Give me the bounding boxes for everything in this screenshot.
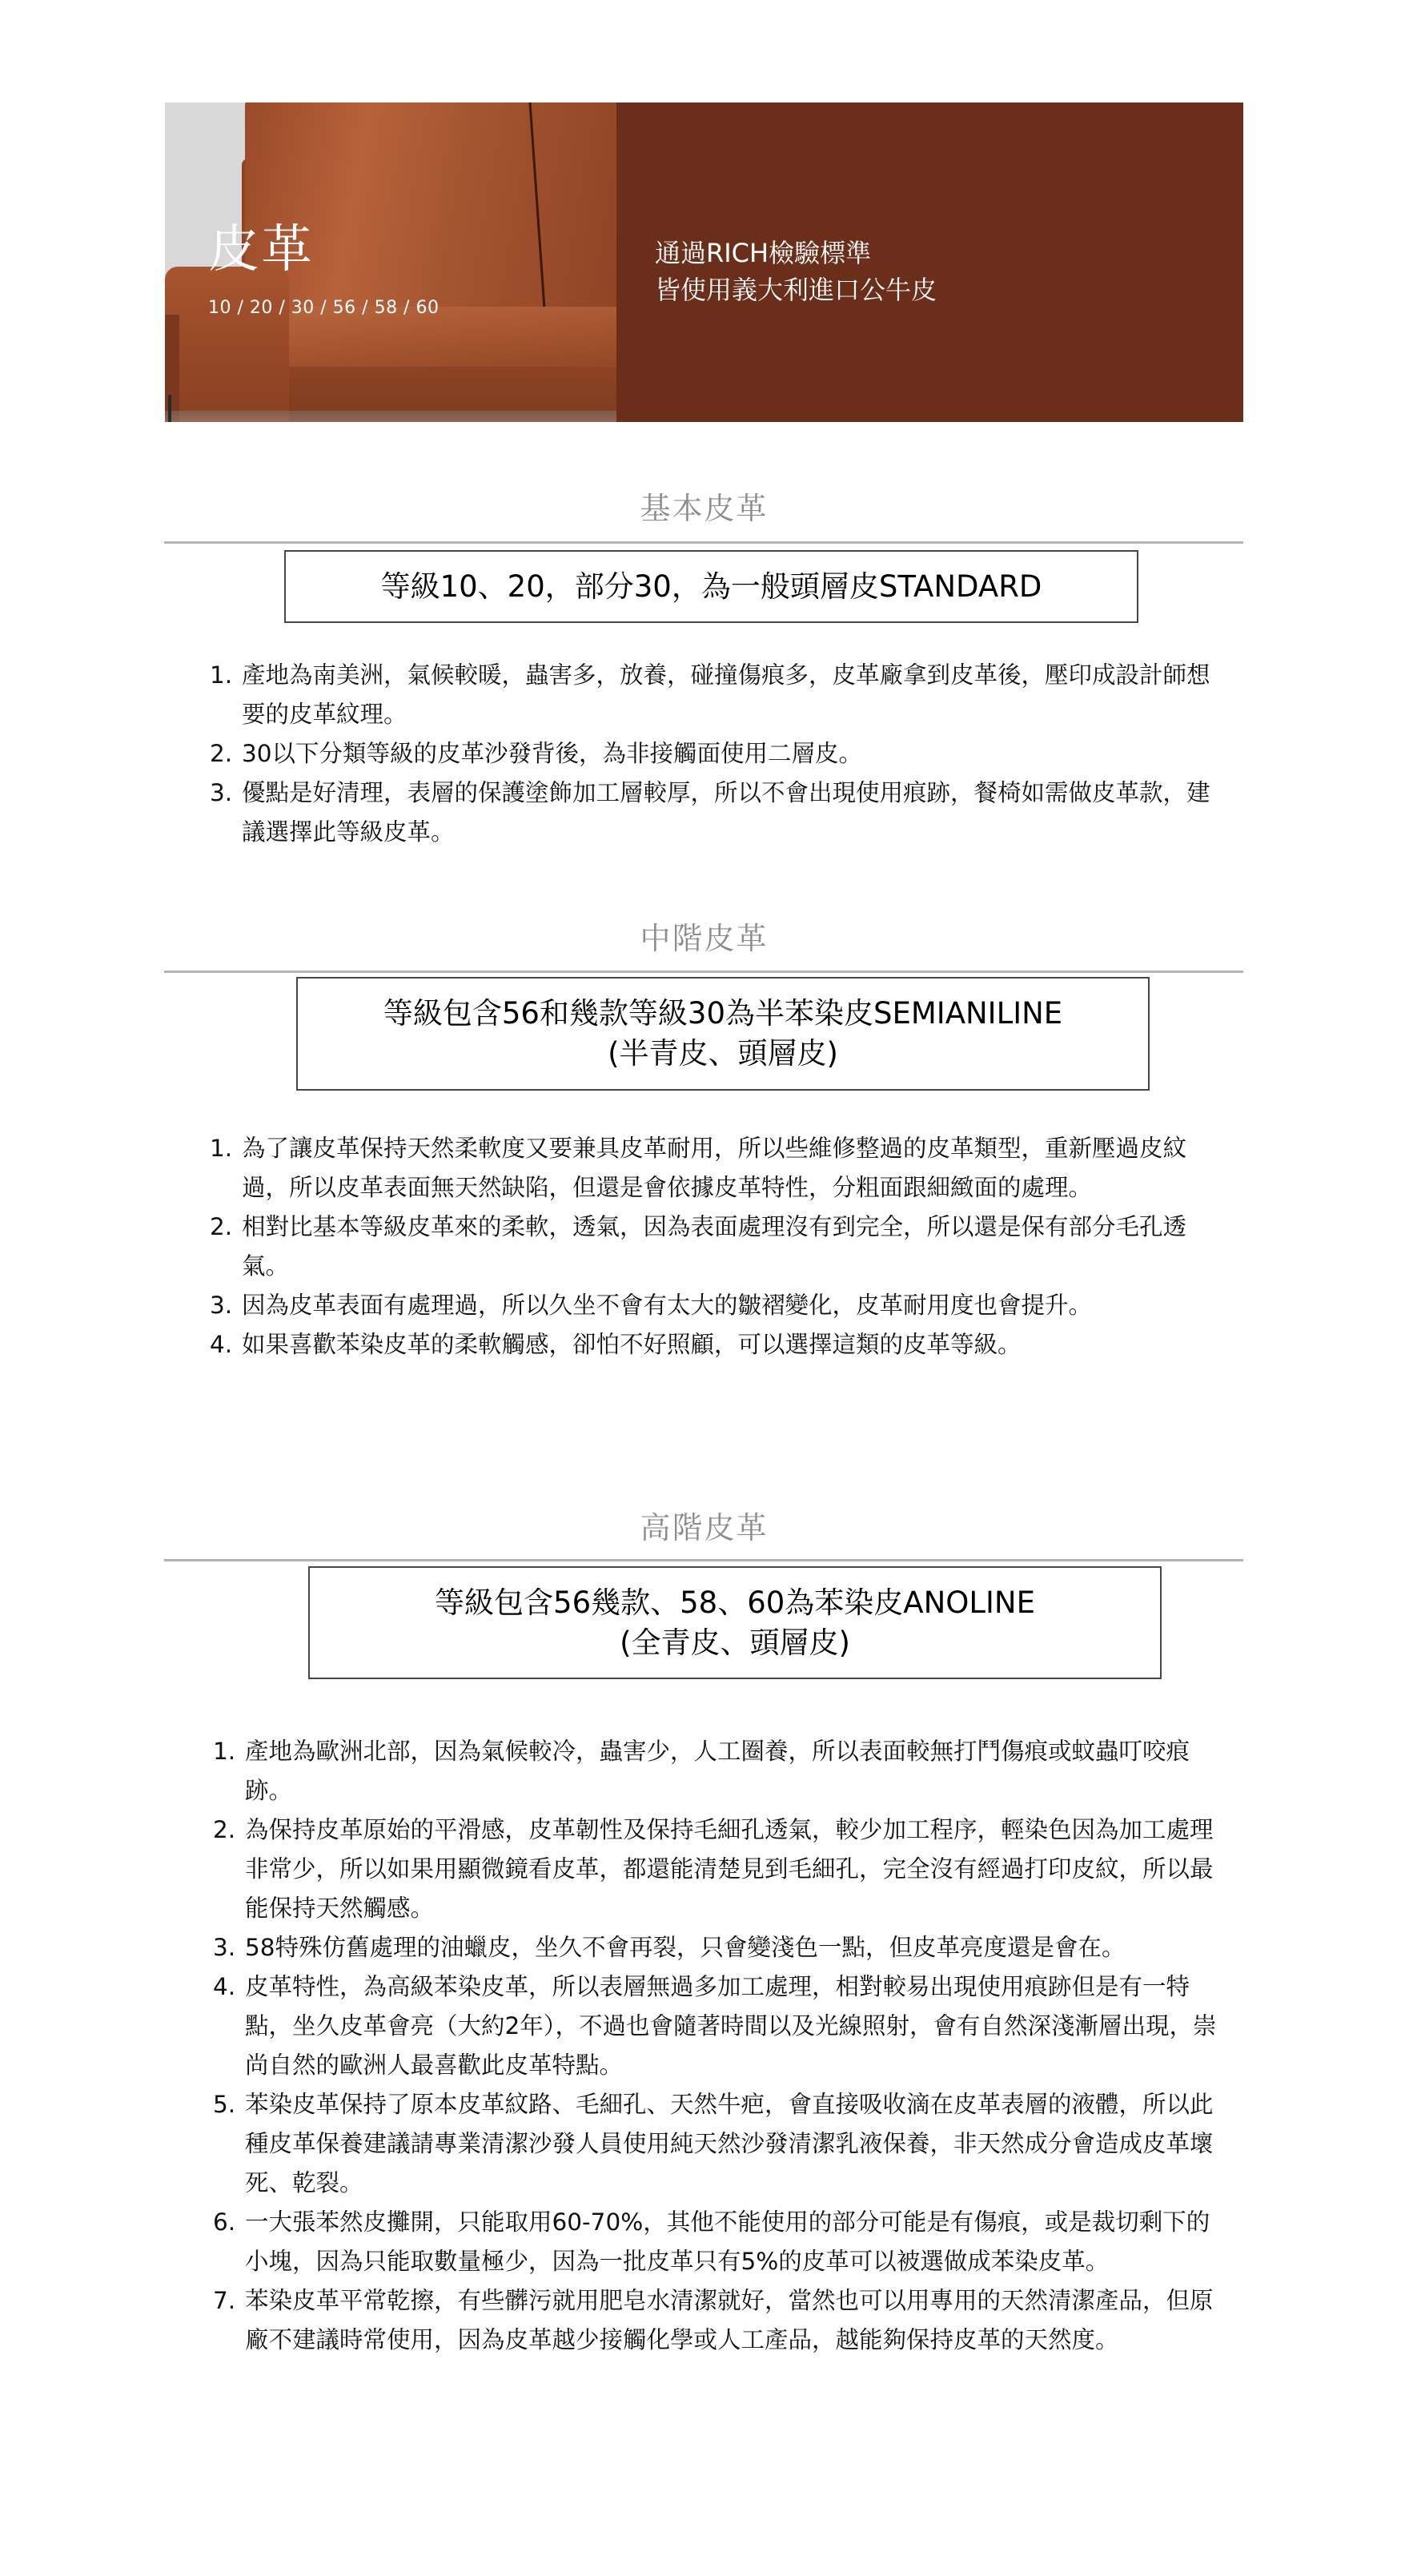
sofa-armrest xyxy=(165,267,289,422)
leather-banner: 皮革 10 / 20 / 30 / 56 / 58 / 60 通過RICH檢驗標… xyxy=(165,102,1243,422)
list-item: 7.苯染皮革平常乾擦，有些髒污就用肥皂水清潔就好，當然也可以用專用的天然清潔產品… xyxy=(213,2281,1218,2360)
list-item-number: 2. xyxy=(210,1208,242,1247)
list-item-number: 7. xyxy=(213,2281,245,2321)
banner-panel-line: 通過RICH檢驗標準 xyxy=(655,235,937,271)
list-item: 5.苯染皮革保持了原本皮革紋路、毛細孔、天然牛疤，會直接吸收滴在皮革表層的液體，… xyxy=(213,2085,1218,2203)
list-item-text: 苯染皮革保持了原本皮革紋路、毛細孔、天然牛疤，會直接吸收滴在皮革表層的液體，所以… xyxy=(245,2091,1214,2196)
list-item-number: 4. xyxy=(210,1325,242,1364)
section-divider xyxy=(164,541,1243,544)
grade-box-line: 等級包含56和幾款等級30為半苯染皮SEMIANILINE xyxy=(383,994,1062,1034)
list-item-text: 因為皮革表面有處理過，所以久坐不會有太大的皺褶變化，皮革耐用度也會提升。 xyxy=(242,1292,1092,1319)
grade-box-mid: 等級包含56和幾款等級30為半苯染皮SEMIANILINE (半青皮、頭層皮) xyxy=(296,977,1150,1091)
section-title-basic: 基本皮革 xyxy=(165,490,1243,527)
list-item: 3.優點是好清理，表層的保護塗飾加工層較厚，所以不會出現使用痕跡，餐椅如需做皮革… xyxy=(210,774,1218,852)
list-item-number: 1. xyxy=(210,1129,242,1168)
grade-box-basic: 等級10、20，部分30，為一般頭層皮STANDARD xyxy=(284,550,1138,623)
list-item: 2.為保持皮革原始的平滑感，皮革韌性及保持毛細孔透氣，較少加工程序，輕染色因為加… xyxy=(213,1810,1218,1928)
list-item-number: 2. xyxy=(210,734,242,774)
list-item: 2.相對比基本等級皮革來的柔軟，透氣，因為表面處理沒有到完全，所以還是保有部分毛… xyxy=(210,1208,1218,1286)
list-item: 6.一大張苯然皮攤開，只能取用60-70%，其他不能使用的部分可能是有傷痕，或是… xyxy=(213,2203,1218,2281)
mid-leather-list: 1.為了讓皮革保持天然柔軟度又要兼具皮革耐用，所以些維修整過的皮革類型，重新壓過… xyxy=(210,1129,1218,1364)
list-item-text: 優點是好清理，表層的保護塗飾加工層較厚，所以不會出現使用痕跡，餐椅如需做皮革款，… xyxy=(242,779,1210,846)
list-item-number: 1. xyxy=(210,656,242,695)
list-item-text: 皮革特性，為高級苯染皮革，所以表層無過多加工處理，相對較易出現使用痕跡但是有一特… xyxy=(245,1973,1217,2079)
section-divider xyxy=(164,1559,1243,1561)
section-title-premium: 高階皮革 xyxy=(165,1509,1243,1546)
list-item-number: 6. xyxy=(213,2203,245,2242)
list-item: 1.產地為南美洲，氣候較暖，蟲害多，放養，碰撞傷痕多，皮革廠拿到皮革後，壓印成設… xyxy=(210,656,1218,734)
list-item-number: 3. xyxy=(213,1928,245,1967)
list-item-text: 為了讓皮革保持天然柔軟度又要兼具皮革耐用，所以些維修整過的皮革類型，重新壓過皮紋… xyxy=(242,1135,1186,1201)
premium-leather-list: 1.產地為歐洲北部，因為氣候較冷，蟲害少，人工圈養，所以表面較無打鬥傷痕或蚊蟲叮… xyxy=(213,1732,1218,2360)
list-item: 2.30以下分類等級的皮革沙發背後，為非接觸面使用二層皮。 xyxy=(210,734,1218,774)
list-item-text: 一大張苯然皮攤開，只能取用60-70%，其他不能使用的部分可能是有傷痕，或是裁切… xyxy=(245,2208,1210,2275)
list-item-text: 產地為南美洲，氣候較暖，蟲害多，放養，碰撞傷痕多，皮革廠拿到皮革後，壓印成設計師… xyxy=(242,661,1210,728)
section-title-mid: 中階皮革 xyxy=(165,920,1243,957)
list-item-number: 3. xyxy=(210,1286,242,1325)
list-item-number: 5. xyxy=(213,2085,245,2124)
list-item: 1.產地為歐洲北部，因為氣候較冷，蟲害少，人工圈養，所以表面較無打鬥傷痕或蚊蟲叮… xyxy=(213,1732,1218,1810)
grade-box-line: 等級包含56幾款、58、60為苯染皮ANOLINE xyxy=(435,1583,1035,1623)
list-item: 4.如果喜歡苯染皮革的柔軟觸感，卻怕不好照顧，可以選擇這類的皮革等級。 xyxy=(210,1325,1218,1364)
list-item-text: 苯染皮革平常乾擦，有些髒污就用肥皂水清潔就好，當然也可以用專用的天然清潔產品，但… xyxy=(245,2287,1214,2353)
list-item-number: 4. xyxy=(213,1967,245,2007)
list-item-text: 58特殊仿舊處理的油蠟皮，坐久不會再裂，只會變淺色一點，但皮革亮度還是會在。 xyxy=(245,1934,1126,1961)
list-item-number: 1. xyxy=(213,1732,245,1771)
list-item-text: 產地為歐洲北部，因為氣候較冷，蟲害少，人工圈養，所以表面較無打鬥傷痕或蚊蟲叮咬痕… xyxy=(245,1738,1190,1804)
list-item: 3.58特殊仿舊處理的油蠟皮，坐久不會再裂，只會變淺色一點，但皮革亮度還是會在。 xyxy=(213,1928,1218,1967)
list-item-text: 相對比基本等級皮革來的柔軟，透氣，因為表面處理沒有到完全，所以還是保有部分毛孔透… xyxy=(242,1213,1186,1280)
grade-box-line: (全青皮、頭層皮) xyxy=(620,1623,850,1663)
list-item: 1.為了讓皮革保持天然柔軟度又要兼具皮革耐用，所以些維修整過的皮革類型，重新壓過… xyxy=(210,1129,1218,1208)
list-item: 4.皮革特性，為高級苯染皮革，所以表層無過多加工處理，相對較易出現使用痕跡但是有… xyxy=(213,1967,1218,2085)
banner-grade-list: 10 / 20 / 30 / 56 / 58 / 60 xyxy=(208,298,439,319)
list-item-text: 如果喜歡苯染皮革的柔軟觸感，卻怕不好照顧，可以選擇這類的皮革等級。 xyxy=(242,1331,1022,1358)
list-item: 3.因為皮革表面有處理過，所以久坐不會有太大的皺褶變化，皮革耐用度也會提升。 xyxy=(210,1286,1218,1325)
basic-leather-list: 1.產地為南美洲，氣候較暖，蟲害多，放養，碰撞傷痕多，皮革廠拿到皮革後，壓印成設… xyxy=(210,656,1218,852)
banner-title: 皮革 xyxy=(208,221,314,279)
list-item-number: 2. xyxy=(213,1810,245,1850)
sofa-arm-front xyxy=(165,315,179,422)
grade-box-line: 等級10、20，部分30，為一般頭層皮STANDARD xyxy=(381,567,1042,607)
grade-box-line: (半青皮、頭層皮) xyxy=(608,1034,838,1074)
sofa-leg xyxy=(168,395,171,422)
list-item-text: 為保持皮革原始的平滑感，皮革韌性及保持毛細孔透氣，較少加工程序，輕染色因為加工處… xyxy=(245,1816,1214,1922)
grade-box-premium: 等級包含56幾款、58、60為苯染皮ANOLINE (全青皮、頭層皮) xyxy=(308,1566,1162,1679)
banner-panel-line: 皆使用義大利進口公牛皮 xyxy=(655,271,937,308)
floor-shadow xyxy=(165,411,616,422)
section-divider xyxy=(164,971,1243,973)
list-item-number: 3. xyxy=(210,774,242,813)
banner-panel-text: 通過RICH檢驗標準 皆使用義大利進口公牛皮 xyxy=(655,235,937,308)
list-item-text: 30以下分類等級的皮革沙發背後，為非接觸面使用二層皮。 xyxy=(242,740,862,767)
